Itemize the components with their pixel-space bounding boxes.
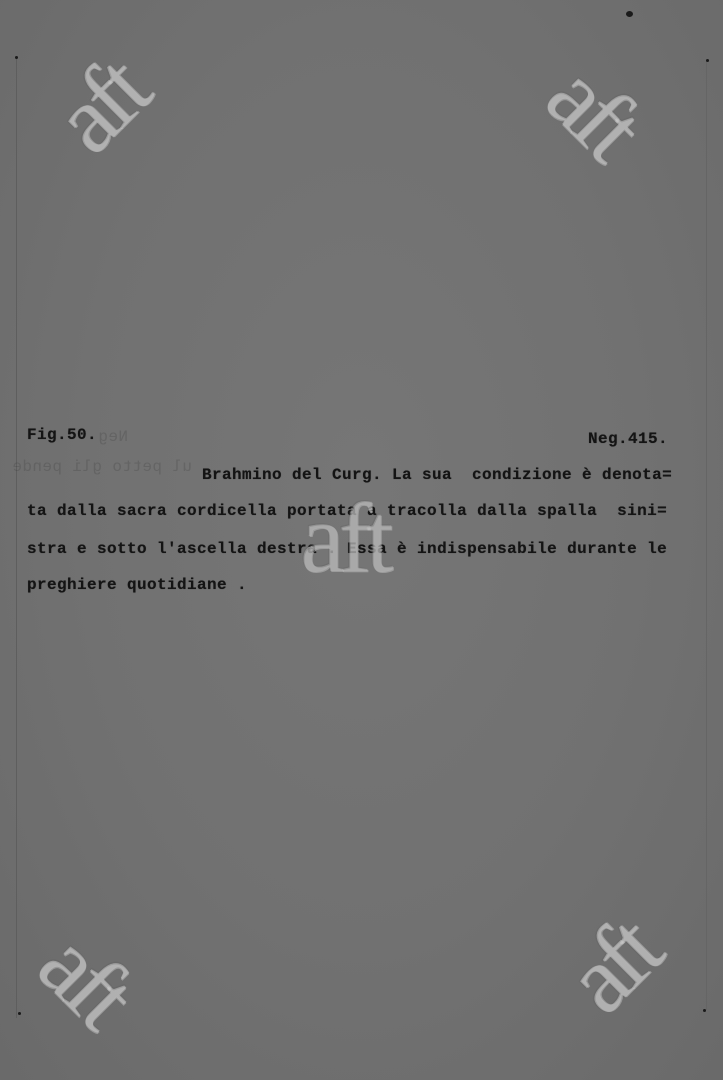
ink-speck xyxy=(706,59,709,62)
bleed-through-text: Neg xyxy=(98,428,128,446)
ink-speck xyxy=(703,1009,706,1012)
ink-speck xyxy=(18,1012,21,1015)
watermark-bottom-right: aft xyxy=(548,903,675,1030)
ink-speck xyxy=(15,56,18,59)
negative-label: Neg.415. xyxy=(588,430,668,448)
watermark-bottom-left: aft xyxy=(22,915,149,1042)
left-edge-line xyxy=(16,58,17,1018)
figure-label: Fig.50. xyxy=(27,426,97,444)
caption-line: preghiere quotidiane . xyxy=(27,576,247,594)
watermark-center: aft xyxy=(300,488,387,588)
right-edge-line xyxy=(706,60,707,1010)
watermark-top-right: aft xyxy=(530,47,657,174)
caption-line: Brahmino del Curg. La sua condizione è d… xyxy=(202,466,672,484)
bleed-through-text: ul petto gli pende xyxy=(12,458,192,476)
ink-speck xyxy=(626,11,633,17)
document-page: aft aft aft aft ul petto gli pende Neg F… xyxy=(0,0,723,1080)
watermark-top-left: aft xyxy=(36,43,163,170)
